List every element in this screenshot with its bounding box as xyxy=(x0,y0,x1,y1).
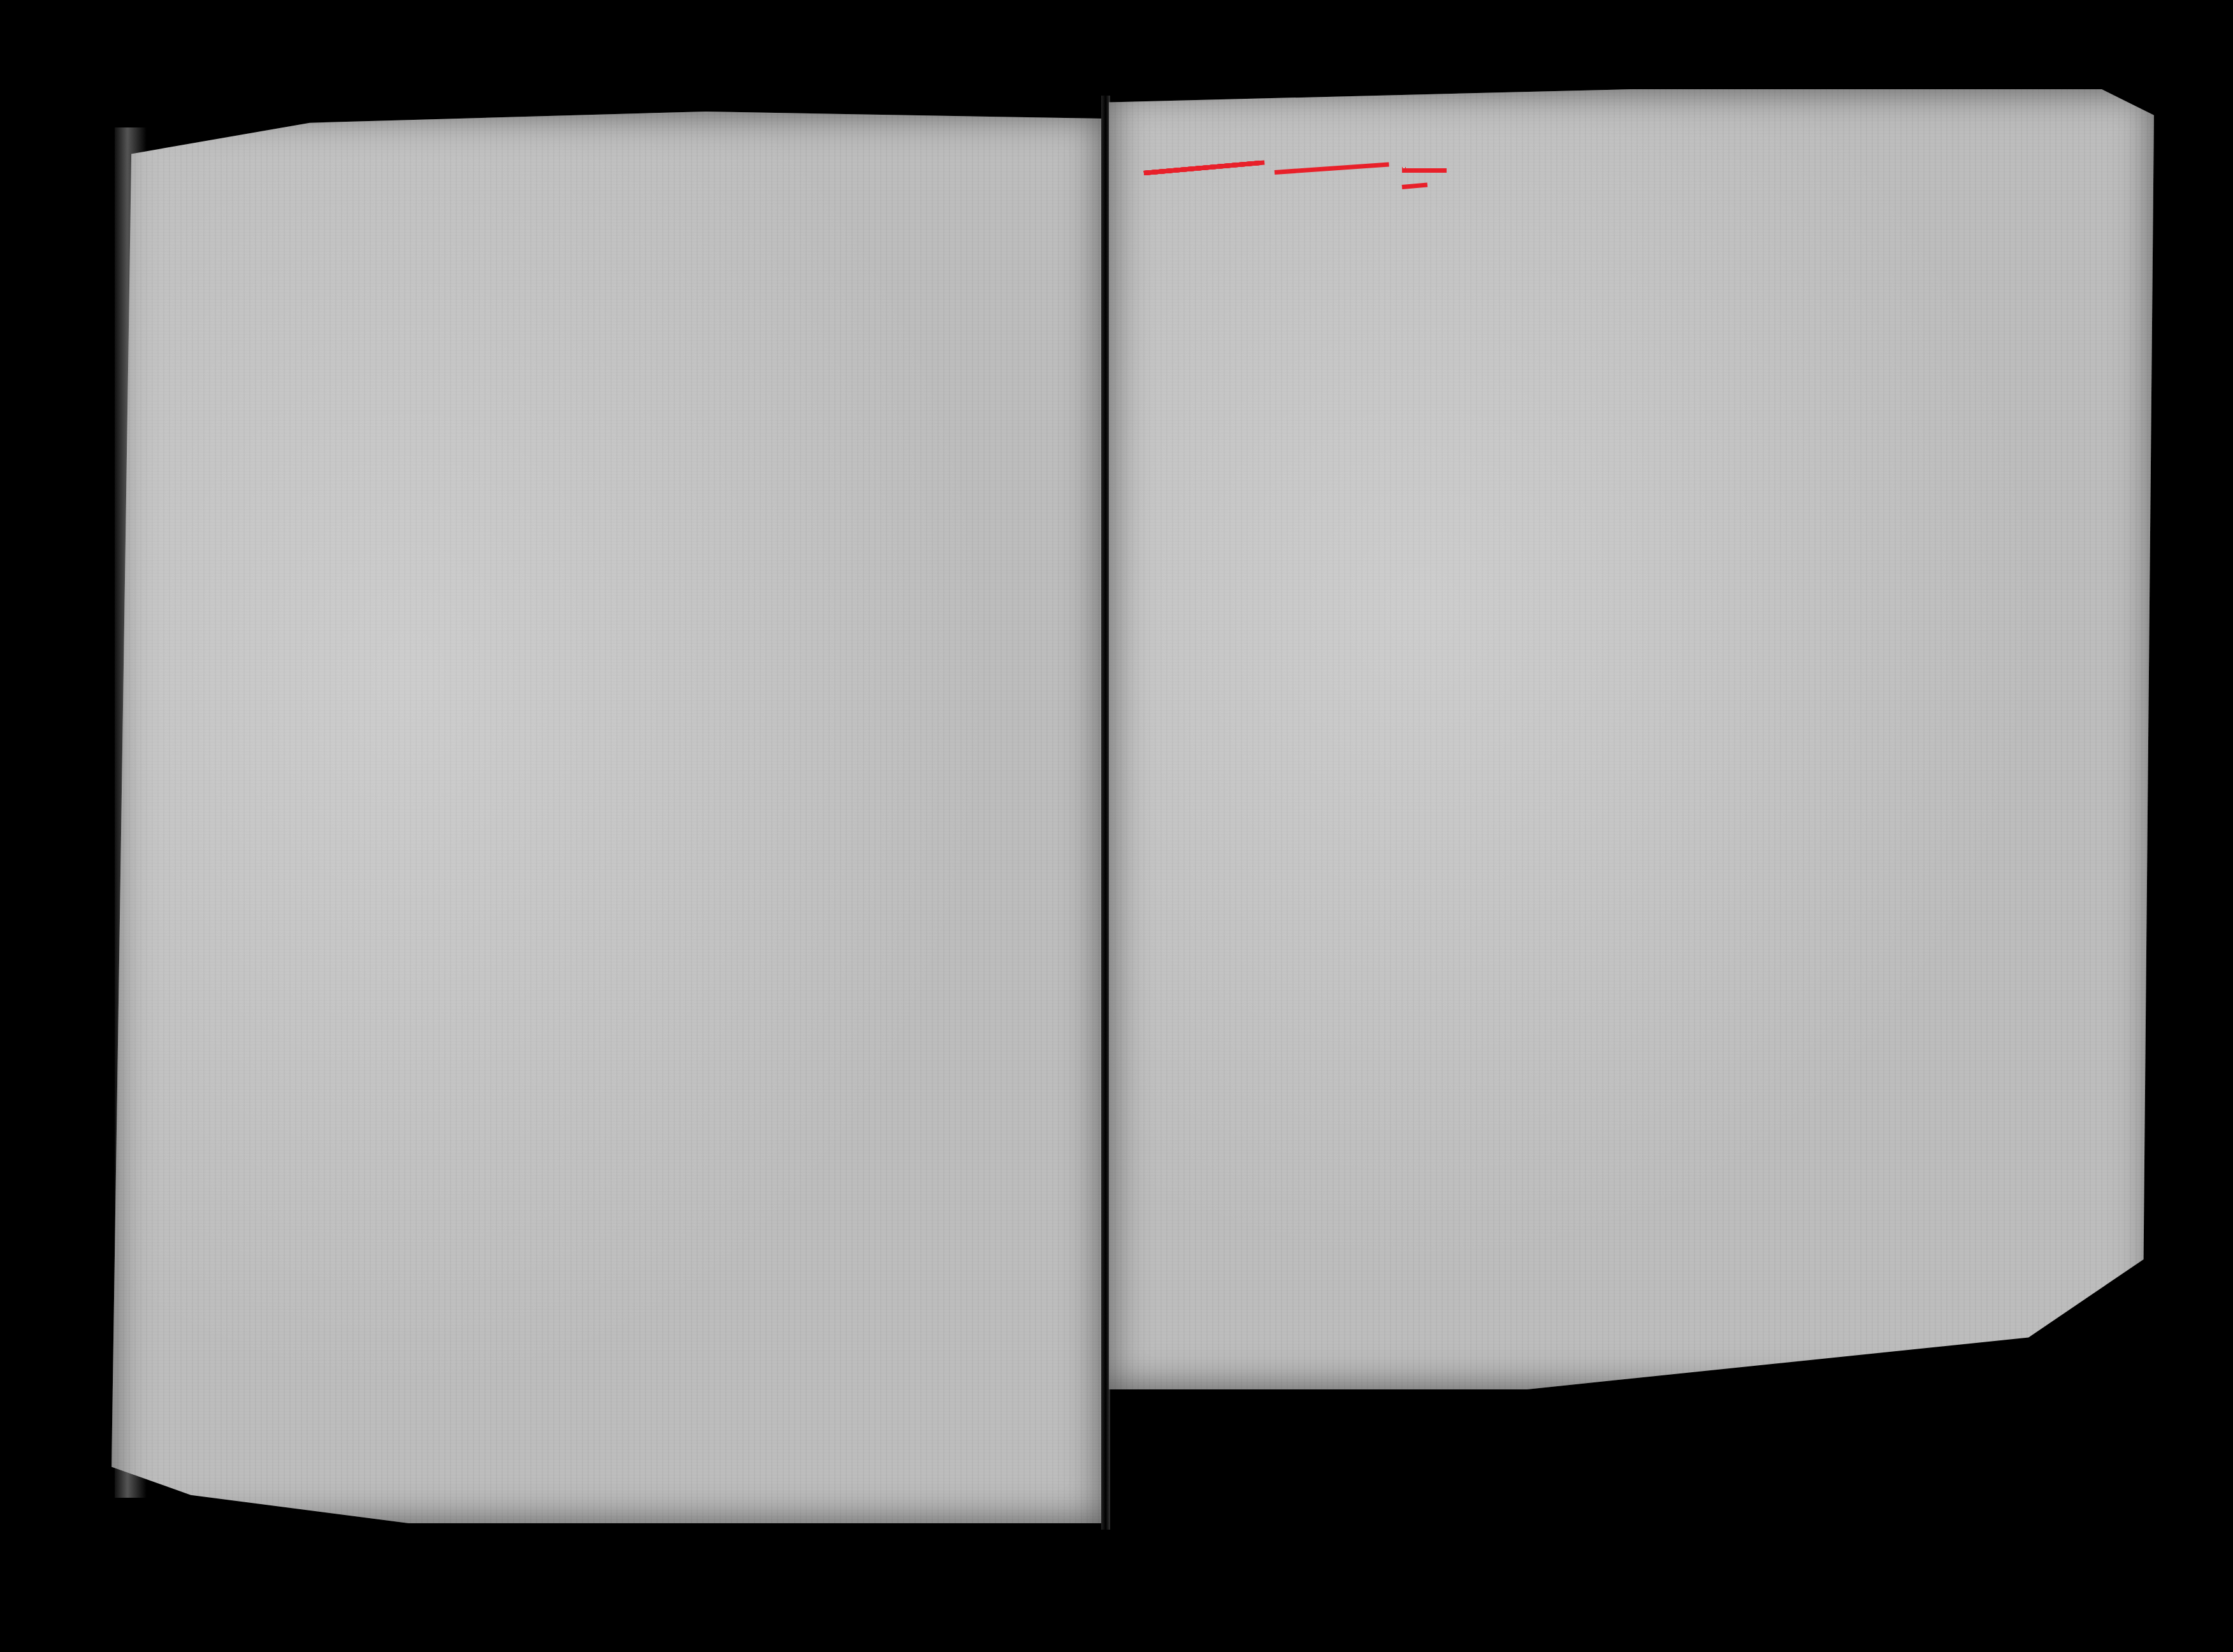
red-underline-annotation xyxy=(1402,168,1447,173)
left-page xyxy=(112,112,1102,1523)
right-page xyxy=(1109,89,2154,1389)
book-spine xyxy=(1101,96,1110,1530)
red-underline-annotation xyxy=(1405,167,1406,171)
red-underline-annotation xyxy=(1402,167,1403,171)
